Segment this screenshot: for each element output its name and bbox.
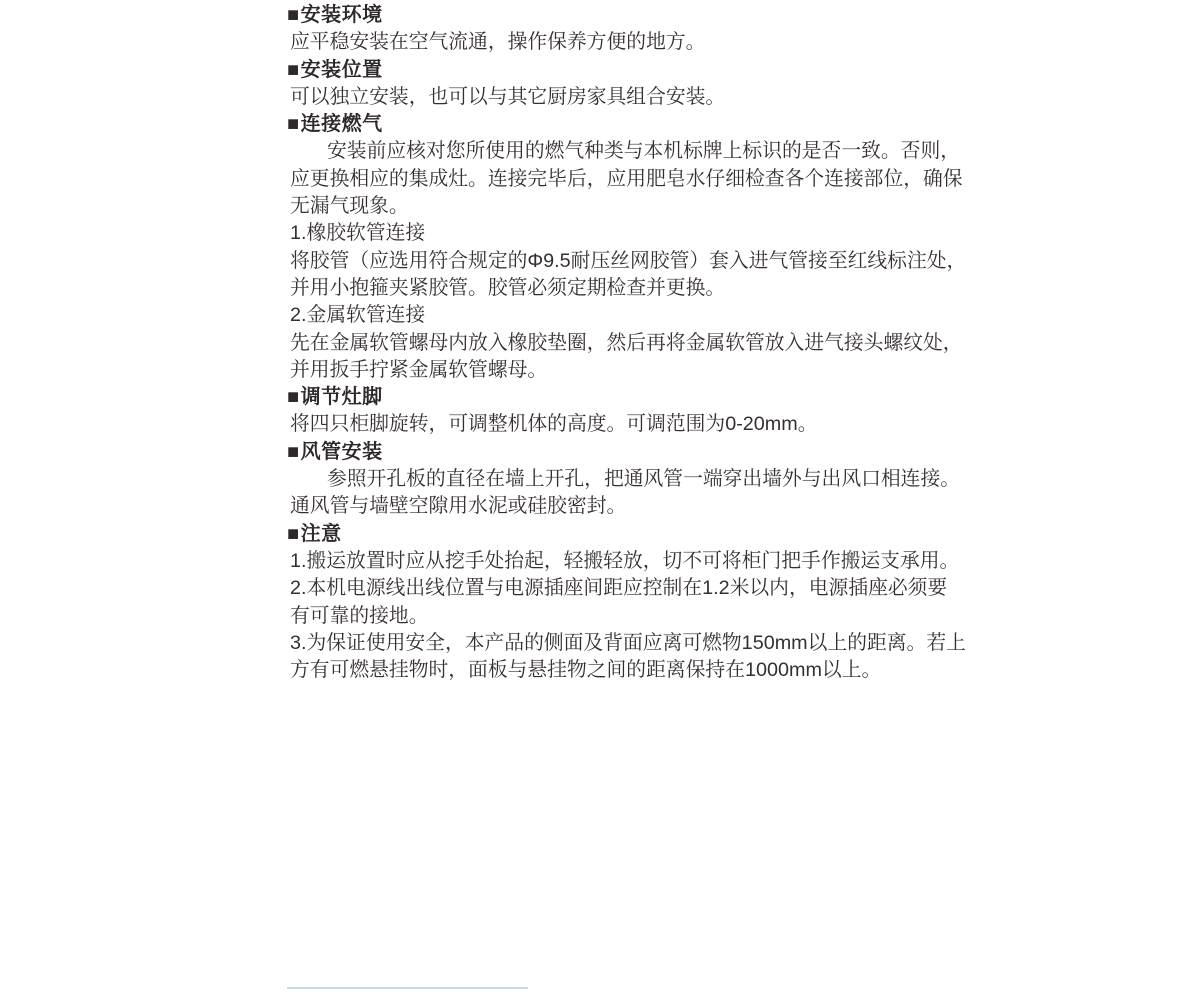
body-line-text: 2.本机电源线出线位置与电源插座间距应控制在1.2米以内，电源插座必须要 xyxy=(290,577,947,599)
body-line: 将胶管（应选用符合规定的Φ9.5耐压丝网胶管）套入进气管接至红线标注处， xyxy=(290,248,987,275)
body-line-text: 应平稳安装在空气流通，操作保养方便的地方。 xyxy=(290,31,705,53)
section-heading-label: 连接燃气 xyxy=(301,113,383,135)
section-heading-label: 注意 xyxy=(301,523,342,545)
body-line: 应平稳安装在空气流通，操作保养方便的地方。 xyxy=(290,29,987,56)
body-line: 参照开孔板的直径在墙上开孔，把通风管一端穿出墙外与出风口相连接。 xyxy=(290,466,987,493)
body-line-text: 先在金属软管螺母内放入橡胶垫圈，然后再将金属软管放入进气接头螺纹处， xyxy=(290,332,963,354)
body-line: 通风管与墙壁空隙用水泥或硅胶密封。 xyxy=(290,493,987,520)
section-heading: ■调节灶脚 xyxy=(287,384,987,411)
section-marker-icon: ■ xyxy=(287,57,300,84)
body-line-text: 将四只柜脚旋转，可调整机体的高度。可调范围为0-20mm。 xyxy=(290,413,818,435)
body-line-text: 1.搬运放置时应从挖手处抬起，轻搬轻放，切不可将柜门把手作搬运支承用。 xyxy=(290,550,959,572)
body-line-text: 通风管与墙壁空隙用水泥或硅胶密封。 xyxy=(290,495,626,517)
section-heading-label: 调节灶脚 xyxy=(301,386,383,408)
body-line: 1.搬运放置时应从挖手处抬起，轻搬轻放，切不可将柜门把手作搬运支承用。 xyxy=(290,548,987,575)
section-heading: ■安装环境 xyxy=(287,2,987,29)
section-heading-label: 风管安装 xyxy=(301,441,383,463)
body-line-text: 2.金属软管连接 xyxy=(290,304,425,326)
section-heading: ■注意 xyxy=(287,521,987,548)
section-heading: ■连接燃气 xyxy=(287,111,987,138)
section-marker-icon: ■ xyxy=(287,439,300,466)
body-line-text: 参照开孔板的直径在墙上开孔，把通风管一端穿出墙外与出风口相连接。 xyxy=(327,468,960,490)
section-marker-icon: ■ xyxy=(287,111,300,138)
body-line: 并用小抱箍夹紧胶管。胶管必须定期检查并更换。 xyxy=(290,275,987,302)
body-line-text: 将胶管（应选用符合规定的Φ9.5耐压丝网胶管）套入进气管接至红线标注处， xyxy=(290,250,966,272)
body-line-text: 方有可燃悬挂物时，面板与悬挂物之间的距离保持在1000mm以上。 xyxy=(290,659,881,681)
body-line-text: 应更换相应的集成灶。连接完毕后，应用肥皂水仔细检查各个连接部位，确保 xyxy=(290,168,963,190)
footer-divider-line xyxy=(287,987,528,989)
body-line: 安装前应核对您所使用的燃气种类与本机标牌上标识的是否一致。否则， xyxy=(290,138,987,165)
body-line: 将四只柜脚旋转，可调整机体的高度。可调范围为0-20mm。 xyxy=(290,411,987,438)
body-line-text: 并用扳手拧紧金属软管螺母。 xyxy=(290,359,547,381)
body-line: 3.为保证使用安全，本产品的侧面及背面应离可燃物150mm以上的距离。若上 xyxy=(290,630,987,657)
body-line-text: 有可靠的接地。 xyxy=(290,605,428,627)
body-line: 无漏气现象。 xyxy=(290,193,987,220)
section-marker-icon: ■ xyxy=(287,2,300,29)
body-line: 2.金属软管连接 xyxy=(290,302,987,329)
body-line-text: 3.为保证使用安全，本产品的侧面及背面应离可燃物150mm以上的距离。若上 xyxy=(290,632,966,654)
body-line: 应更换相应的集成灶。连接完毕后，应用肥皂水仔细检查各个连接部位，确保 xyxy=(290,166,987,193)
body-line: 2.本机电源线出线位置与电源插座间距应控制在1.2米以内，电源插座必须要 xyxy=(290,575,987,602)
section-heading: ■安装位置 xyxy=(287,57,987,84)
body-line: 1.橡胶软管连接 xyxy=(290,220,987,247)
body-line: 先在金属软管螺母内放入橡胶垫圈，然后再将金属软管放入进气接头螺纹处， xyxy=(290,330,987,357)
manual-text-block: ■安装环境应平稳安装在空气流通，操作保养方便的地方。■安装位置可以独立安装，也可… xyxy=(287,2,987,684)
section-heading-label: 安装位置 xyxy=(301,59,383,81)
body-line-text: 可以独立安装，也可以与其它厨房家具组合安装。 xyxy=(290,86,725,108)
body-line: 并用扳手拧紧金属软管螺母。 xyxy=(290,357,987,384)
body-line-text: 安装前应核对您所使用的燃气种类与本机标牌上标识的是否一致。否则， xyxy=(327,140,960,162)
section-heading-label: 安装环境 xyxy=(301,4,383,26)
body-line-text: 1.橡胶软管连接 xyxy=(290,222,425,244)
body-line-text: 并用小抱箍夹紧胶管。胶管必须定期检查并更换。 xyxy=(290,277,725,299)
section-marker-icon: ■ xyxy=(287,384,300,411)
body-line: 可以独立安装，也可以与其它厨房家具组合安装。 xyxy=(290,84,987,111)
section-heading: ■风管安装 xyxy=(287,439,987,466)
body-line: 方有可燃悬挂物时，面板与悬挂物之间的距离保持在1000mm以上。 xyxy=(290,657,987,684)
section-marker-icon: ■ xyxy=(287,521,300,548)
body-line-text: 无漏气现象。 xyxy=(290,195,409,217)
body-line: 有可靠的接地。 xyxy=(290,603,987,630)
